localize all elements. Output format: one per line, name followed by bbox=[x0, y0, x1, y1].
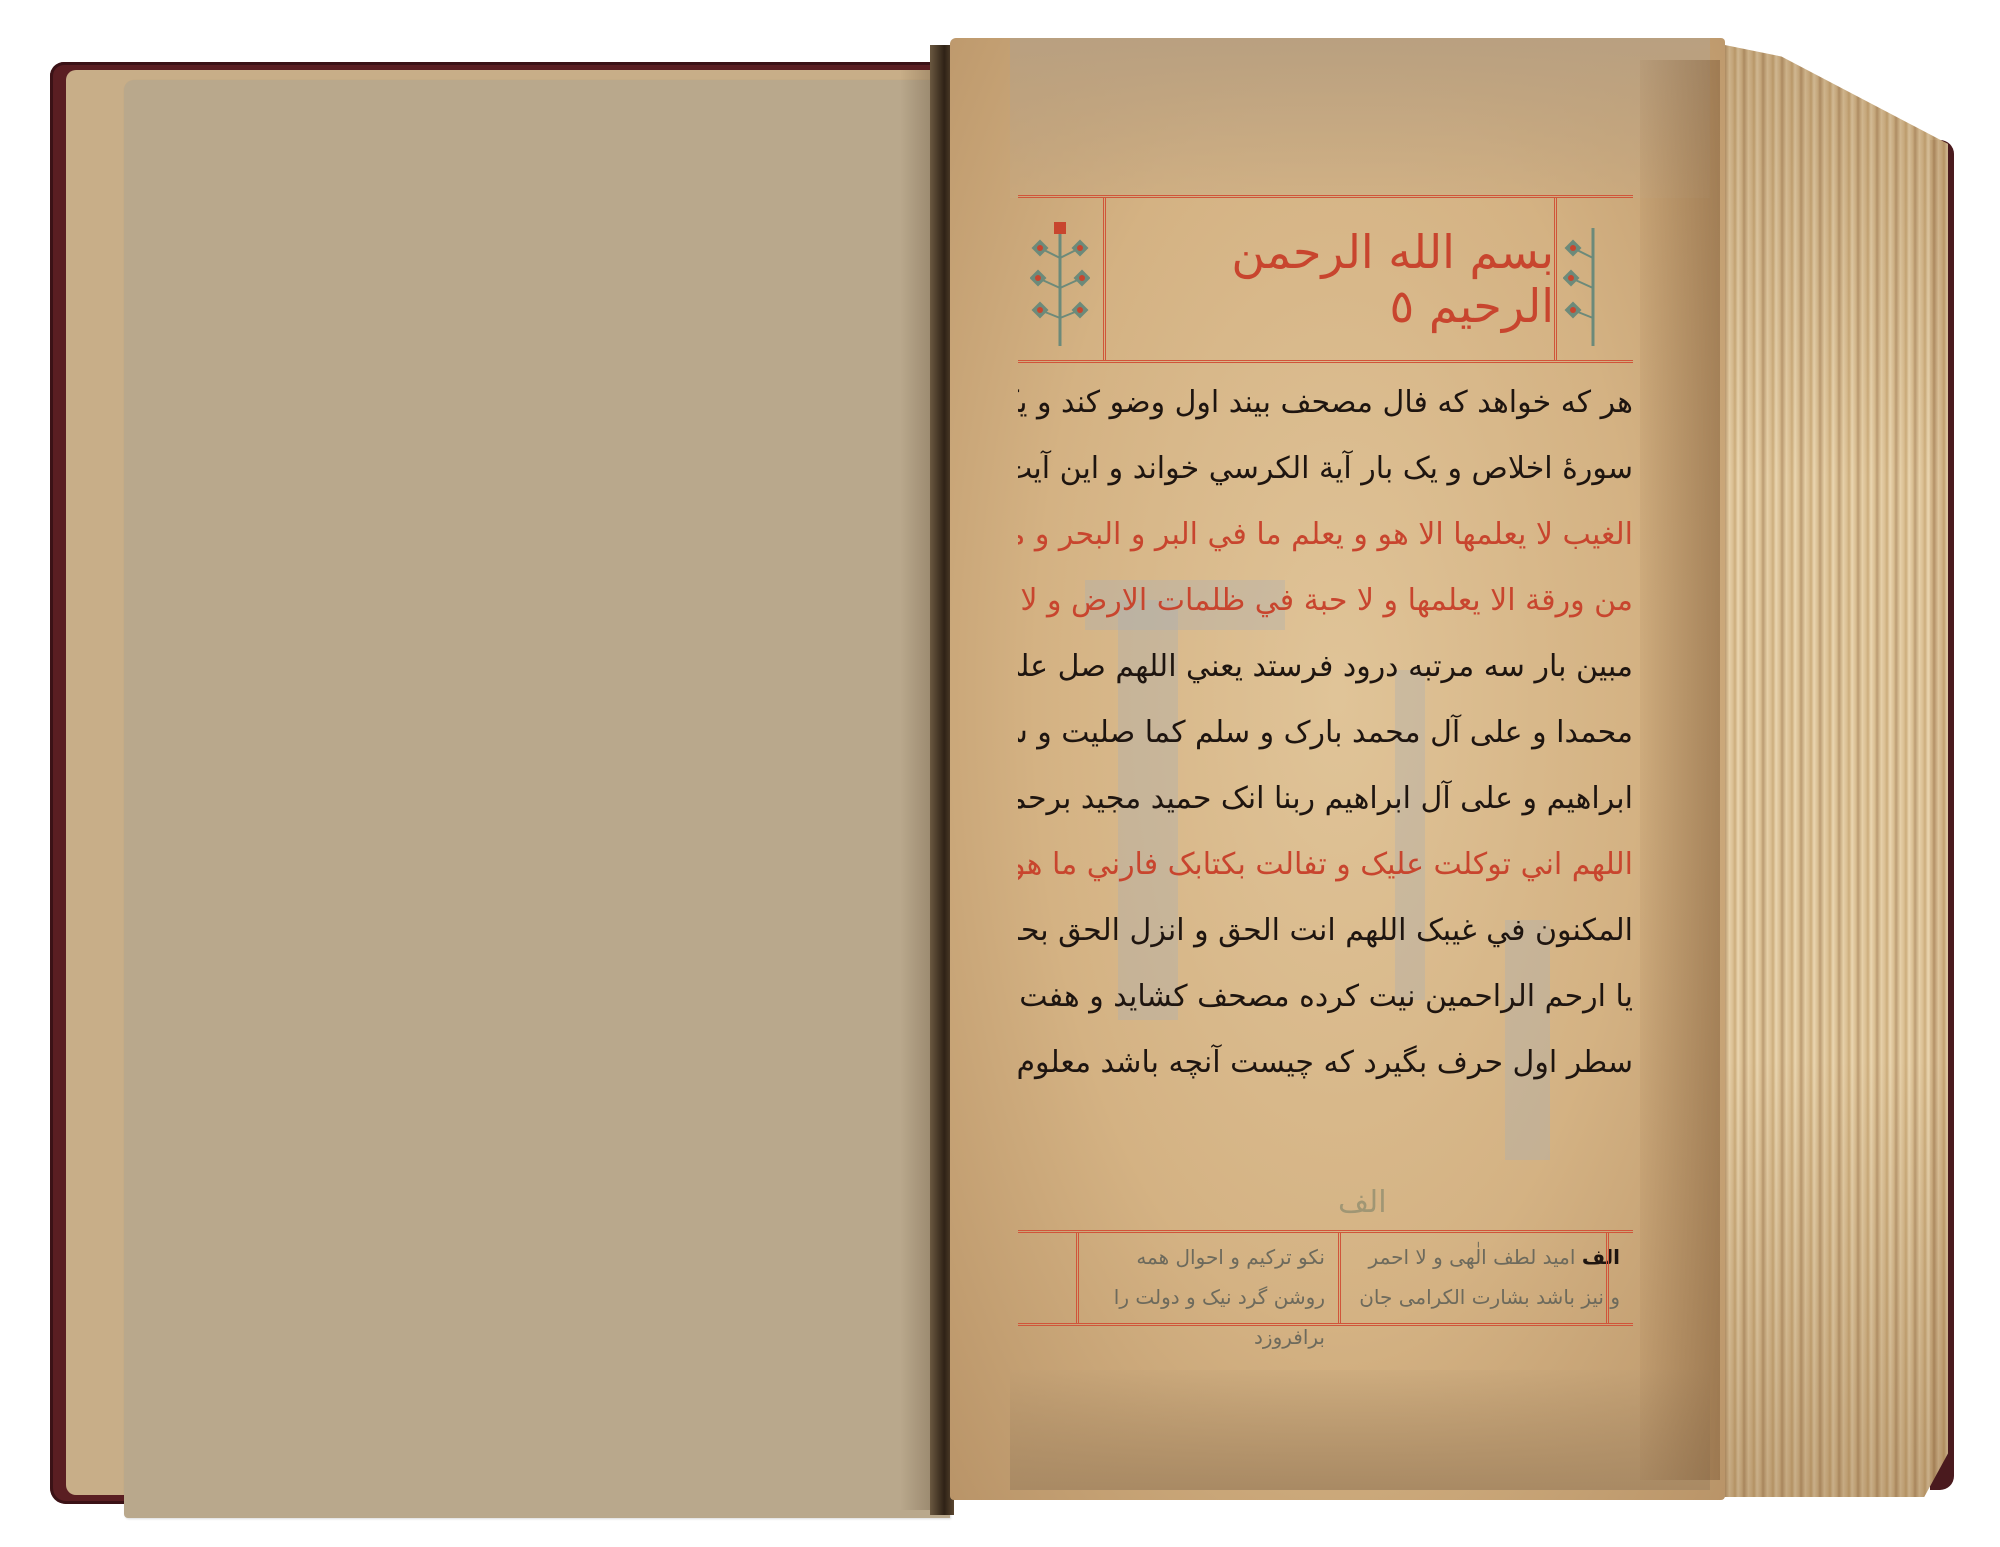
manuscript-line: سطر اول حرف بگیرد که چیست آنچه باشد معلو… bbox=[1018, 1030, 1633, 1096]
manuscript-line: الغیب لا یعلمها الا هو و یعلم ما في البر… bbox=[1018, 502, 1633, 568]
manuscript-line: مبین بار سه مرتبه درود فرستد یعني اللهم … bbox=[1018, 634, 1633, 700]
manuscript-line: سورهٔ اخلاص و یک بار آیة الکرسي خواند و … bbox=[1018, 436, 1633, 502]
text-panel: بسم الله الرحمن الرحيم ٥ هر که خواهد که … bbox=[1018, 195, 1633, 1345]
manuscript-line: اللهم اني توکلت علیک و تفالت بکتابک فارن… bbox=[1018, 832, 1633, 898]
manuscript-line: محمدا و علی آل محمد بارک و سلم کما صلیت … bbox=[1018, 700, 1633, 766]
leaf-stain-right bbox=[1640, 60, 1720, 1480]
manuscript-line: المکنون في غیبک اللهم انت الحق و انزل ال… bbox=[1018, 898, 1633, 964]
footer-cell-right: الف امید لطف الٰهی و لا احمر و نیز باشد … bbox=[1348, 1233, 1628, 1323]
footer-cell-text: نکو ترکیم و احوال همه روشن گرد نیک و دول… bbox=[1114, 1245, 1325, 1349]
footer-cell-label: الف bbox=[1582, 1245, 1620, 1269]
table-divider bbox=[1606, 1233, 1613, 1323]
header-frame: بسم الله الرحمن الرحيم ٥ bbox=[1018, 195, 1633, 363]
leaf-stain-bottom bbox=[1010, 1370, 1710, 1490]
page-edges-shading bbox=[1710, 42, 1948, 1497]
table-divider bbox=[1076, 1233, 1083, 1323]
manuscript-line: من ورقة الا یعلمها و لا حبة في ظلمات الا… bbox=[1018, 568, 1633, 634]
manuscript-lines: هر که خواهد که فال مصحف بیند اول وضو کند… bbox=[1018, 370, 1633, 1096]
table-divider bbox=[1338, 1233, 1345, 1323]
manuscript-line: یا ارحم الراحمین نیت کرده مصحف کشاید و ه… bbox=[1018, 964, 1633, 1030]
bismillah-cartouche: بسم الله الرحمن الرحيم ٥ bbox=[1103, 198, 1557, 360]
manuscript-line: ابراهیم و علی آل ابراهیم ربنا انک حمید م… bbox=[1018, 766, 1633, 832]
floral-ornament-right-icon bbox=[1563, 218, 1623, 348]
bismillah-heading: بسم الله الرحمن الرحيم ٥ bbox=[1106, 225, 1554, 333]
footer-table: الف امید لطف الٰهی و لا احمر و نیز باشد … bbox=[1018, 1230, 1633, 1326]
faded-label: الف bbox=[1338, 1185, 1387, 1220]
footer-cell-left: نکو ترکیم و احوال همه روشن گرد نیک و دول… bbox=[1083, 1233, 1333, 1323]
manuscript-line: هر که خواهد که فال مصحف بیند اول وضو کند… bbox=[1018, 370, 1633, 436]
blank-flyleaf bbox=[124, 80, 950, 1518]
leaf-stain-top bbox=[1010, 38, 1710, 198]
floral-ornament-left-icon bbox=[1030, 218, 1090, 348]
